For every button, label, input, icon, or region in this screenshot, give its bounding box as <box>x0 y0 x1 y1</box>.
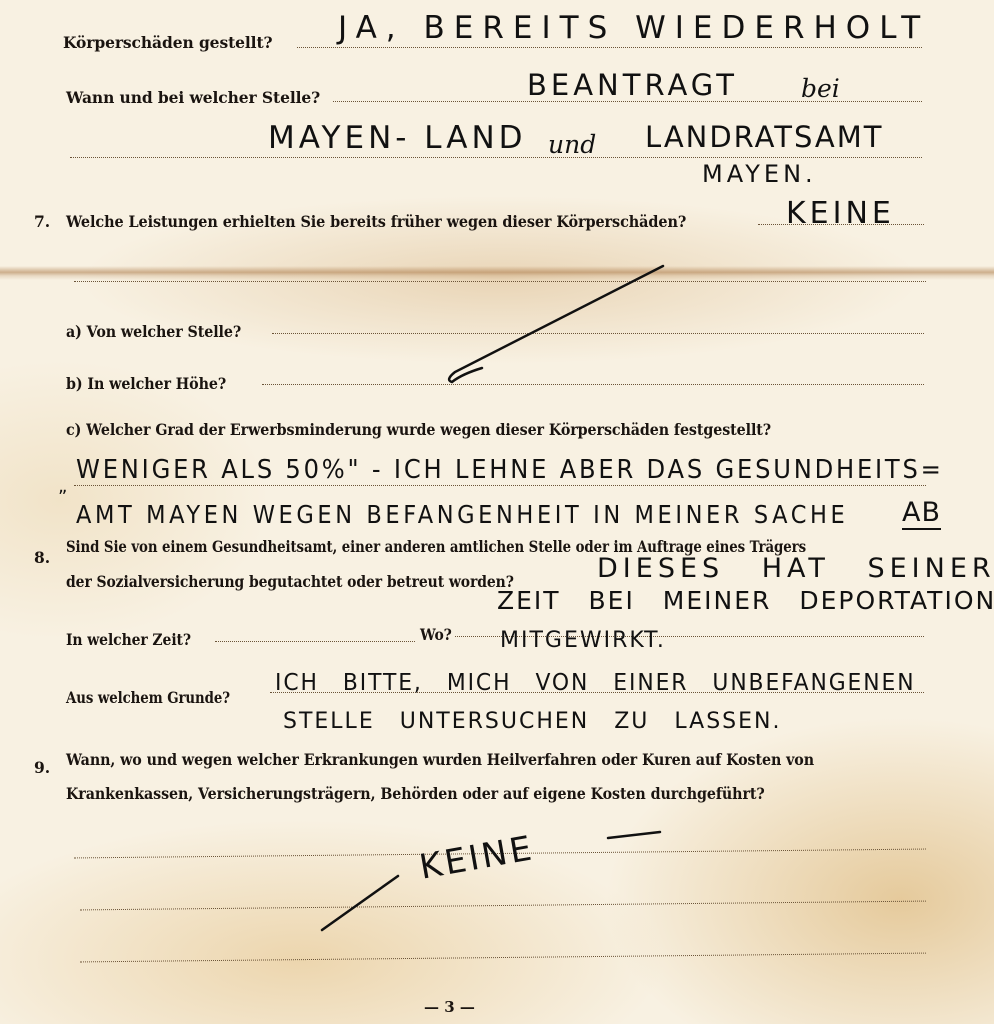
answer-line <box>80 901 926 911</box>
page-number: — 3 — <box>424 998 475 1016</box>
handwritten-answer-examined-line2: ZEIT BEI MEINER DEPORTATION <box>497 586 994 615</box>
handwritten-answer-at: bei <box>801 74 840 103</box>
question-9-number: 9. <box>34 758 50 777</box>
handwritten-answer-none: KEINE <box>786 196 895 231</box>
question-8-where-label: Wo? <box>420 625 452 644</box>
answer-line <box>70 157 922 158</box>
handwritten-answer-landratsamt: LANDRATSAMT <box>645 120 883 154</box>
answer-line <box>262 384 924 385</box>
handwritten-answer-degree-line1: WENIGER ALS 50%" - ICH LEHNE ABER DAS GE… <box>76 455 944 485</box>
handwritten-answer-examined-line1: DIESES HAT SEINER= <box>597 553 994 584</box>
handwritten-answer-and: und <box>548 130 596 159</box>
handwritten-answer-reason-line2: STELLE UNTERSUCHEN ZU LASSEN. <box>283 709 781 734</box>
handwritten-answer-treatments-none: KEINE <box>417 828 538 887</box>
handwritten-answer-applied: BEANTRAGT <box>527 68 738 102</box>
handwritten-answer-participated: MITGEWIRKT. <box>500 628 666 653</box>
question-8-label-line2: der Sozialversicherung begutachtet oder … <box>66 572 514 591</box>
question-8-number: 8. <box>34 548 50 567</box>
question-7-label: Welche Leistungen erhielten Sie bereits … <box>66 212 686 231</box>
answer-line <box>272 333 924 334</box>
question-7b-label: b) In welcher Höhe? <box>66 374 226 393</box>
answer-line <box>215 641 415 642</box>
answer-line <box>74 281 926 282</box>
question-7a-label: a) Von welcher Stelle? <box>66 322 241 341</box>
paper-fold-crease <box>0 266 994 280</box>
handwritten-quote-mark: „ <box>58 476 70 497</box>
handwritten-answer-mayen-land: MAYEN- LAND <box>268 120 527 156</box>
question-8-when-label: In welcher Zeit? <box>66 630 191 649</box>
question-7-number: 7. <box>34 212 50 231</box>
question-8-reason-label: Aus welchem Grunde? <box>66 688 230 707</box>
handwritten-answer-reason-line1: ICH BITTE, MICH VON EINER UNBEFANGENEN <box>275 670 915 696</box>
handwritten-answer-degree-line2: AMT MAYEN WEGEN BEFANGENHEIT IN MEINER S… <box>76 500 848 529</box>
question-9-label-line2: Krankenkassen, Versicherungsträgern, Beh… <box>66 784 765 803</box>
handwritten-answer-degree-ab: AB <box>902 497 941 530</box>
question-6-when-where-label: Wann und bei welcher Stelle? <box>66 88 320 107</box>
answer-line <box>80 953 926 963</box>
question-7c-label: c) Welcher Grad der Erwerbsminderung wur… <box>66 420 771 439</box>
question-9-label-line1: Wann, wo und wegen welcher Erkrankungen … <box>66 750 814 769</box>
answer-line <box>297 47 922 48</box>
handwritten-answer-mayen: MAYEN. <box>702 160 817 188</box>
handwritten-answer-body-damage: JA, BEREITS WIEDERHOLT <box>338 10 929 46</box>
answer-line <box>74 485 926 486</box>
question-6-body-damage-label: Körperschäden gestellt? <box>63 33 273 52</box>
